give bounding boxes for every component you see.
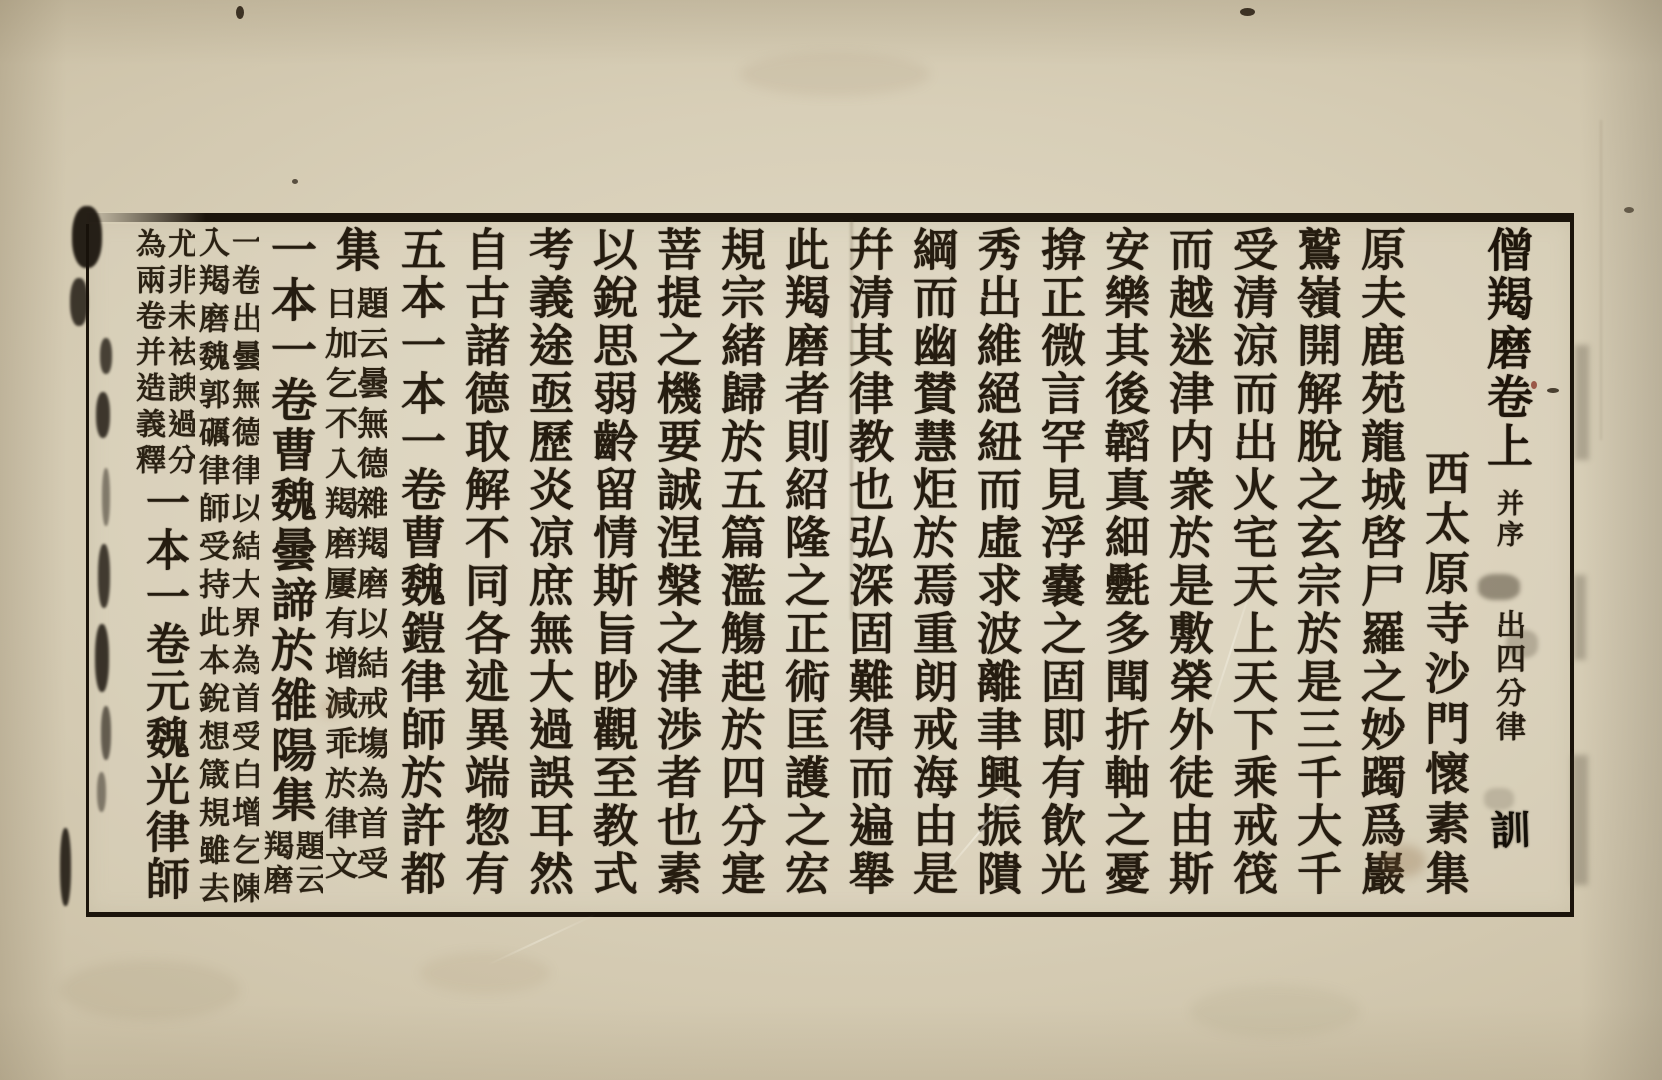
ink-blot: [60, 828, 71, 906]
source-note: 出四分律: [1485, 609, 1529, 745]
body-column: 菩提之機要誠涅槃之津渉者也素: [643, 226, 707, 910]
body-column: 此羯磨者則紹隆之正術匡護之宏: [771, 226, 835, 910]
body-column-text: 一本一卷曹魏曇諦於雒陽集: [261, 226, 321, 826]
body-column: 綱而幽賛慧炬於焉重朗戒海由是: [899, 226, 963, 910]
paper-stain: [60, 960, 240, 1020]
body-column: 幷清其律教也弘深固難得而遍舉: [835, 226, 899, 910]
body-column: 考義途亟歷炎凉庶無大過誤耳然: [515, 226, 579, 910]
title-column: 僧羯磨卷上 并序 出四分律 訓: [1475, 226, 1539, 910]
scanned-woodblock-page: { "doc": { "title": "僧羯磨卷上", "title_sub1…: [0, 0, 1662, 1080]
text-block: 僧羯磨卷上 并序 出四分律 訓 西太原寺沙門懷素集 原夫鹿苑龍城啓尸羅之妙躅爲巖…: [127, 226, 1539, 910]
body-column-text: 安樂其後韜真細氎多聞折軸之憂: [1091, 226, 1155, 898]
paper-wrinkle: [486, 914, 596, 967]
border-smear: [1575, 345, 1589, 460]
handwritten-mark: 訓: [1483, 808, 1530, 850]
interlinear-note-right: 題云曇無德雜羯磨以結戒塲為首受: [356, 286, 386, 910]
interlinear-note-left: 羯磨: [260, 830, 290, 910]
body-column-text: 原夫鹿苑龍城啓尸羅之妙躅爲巖: [1347, 226, 1411, 898]
body-column-text: 五本一本一卷曹魏鎧律師於許都: [387, 226, 451, 898]
body-column: 鷲嶺開解脫之玄宗於是三千大千: [1283, 226, 1347, 910]
body-column: 安樂其後韜真細氎多聞折軸之憂: [1091, 226, 1155, 910]
border-smear: [1574, 575, 1586, 660]
border-smear: [1572, 755, 1588, 885]
interlinear-note-left: 日加乞不入羯磨屢有增減乖於律文: [324, 286, 354, 910]
interlinear-note: 題云 羯磨: [259, 830, 323, 910]
paper-speck: [1624, 207, 1634, 213]
mixed-column-ji: 集 題云曇無德雜羯磨以結戒塲為首受 日加乞不入羯磨屢有增減乖於律文: [323, 226, 387, 910]
small-text-column: 一卷出曇無德律以結大界為首受白增乞陳 入羯磨魏郭礪律師受持此本銳想箴規雖去: [195, 226, 259, 910]
interlinear-note-left: 為兩卷并造義釋: [132, 228, 162, 480]
body-column: 以銳思弱齡留情斯旨眇觀至教式: [579, 226, 643, 910]
body-column-text: 綱而幽賛慧炬於焉重朗戒海由是: [899, 226, 963, 898]
body-column-text: 以銳思弱齡留情斯旨眇觀至教式: [579, 226, 643, 898]
body-column-text: 此羯磨者則紹隆之正術匡護之宏: [771, 226, 835, 898]
body-column-text: 而越迷津内衆於是敷榮外徒由斯: [1155, 226, 1219, 898]
author-line: 西太原寺沙門懷素集: [1414, 450, 1472, 900]
paper-speck: [236, 6, 244, 19]
body-column-text: 揜正微言罕見浮嚢之固即有飲光: [1027, 226, 1091, 898]
paper-speck: [292, 179, 298, 184]
body-column-text: 規宗緒歸於五篇濫觴起於四分寔: [707, 226, 771, 898]
body-column: 規宗緒歸於五篇濫觴起於四分寔: [707, 226, 771, 910]
mixed-column-tandi: 一本一卷曹魏曇諦於雒陽集 題云 羯磨: [259, 226, 323, 910]
preface-note: 并序: [1487, 489, 1527, 551]
body-column: 秀出維絕紐而虛求波離聿興振隤: [963, 226, 1027, 910]
body-column: 原夫鹿苑龍城啓尸羅之妙躅爲巖: [1347, 226, 1411, 910]
author-column: 西太原寺沙門懷素集: [1411, 226, 1475, 910]
body-column-text: 自古諸德取解不同各述異端惣有: [451, 226, 515, 898]
body-column-text: 鷲嶺開解脫之玄宗於是三千大千: [1283, 226, 1347, 898]
interlinear-note-right: 一卷出曇無德律以結大界為首受白增乞陳: [228, 226, 259, 910]
large-character: 集: [323, 226, 387, 274]
interlinear-note-left: 入羯磨魏郭礪律師受持此本銳想箴規雖去: [195, 226, 226, 910]
paper-stain: [420, 952, 550, 994]
interlinear-note: 題云曇無德雜羯磨以結戒塲為首受 日加乞不入羯磨屢有增減乖於律文: [323, 286, 387, 910]
body-column: 五本一本一卷曹魏鎧律師於許都: [387, 226, 451, 910]
body-column-text: 菩提之機要誠涅槃之津渉者也素: [643, 226, 707, 898]
paper-stain: [740, 52, 930, 96]
body-column-text: 一本一卷元魏光律師: [134, 480, 192, 903]
body-column-text: 考義途亟歷炎凉庶無大過誤耳然: [515, 226, 579, 898]
body-column-text: 受清涼而出火宅天上天下乘戒筏: [1219, 226, 1283, 898]
mixed-column-guang: 尤非未袪諛過分 為兩卷并造義釋 一本一卷元魏光律師: [131, 226, 195, 910]
paper-stain: [1190, 985, 1360, 1037]
border-fade: [86, 212, 206, 224]
body-column: 而越迷津内衆於是敷榮外徒由斯: [1155, 226, 1219, 910]
body-column: 受清涼而出火宅天上天下乘戒筏: [1219, 226, 1283, 910]
paper-speck: [1240, 8, 1255, 16]
body-column: 揜正微言罕見浮嚢之固即有飲光: [1027, 226, 1091, 910]
body-column: 自古諸德取解不同各述異端惣有: [451, 226, 515, 910]
interlinear-note: 尤非未袪諛過分 為兩卷并造義釋: [131, 228, 195, 480]
interlinear-note-right: 尤非未袪諛過分: [164, 228, 194, 480]
interlinear-note-right: 題云: [292, 830, 322, 910]
body-column-text: 秀出維絕紐而虛求波離聿興振隤: [963, 226, 1027, 898]
body-column-text: 幷清其律教也弘深固難得而遍舉: [835, 226, 899, 898]
interlinear-note: 一卷出曇無德律以結大界為首受白增乞陳 入羯磨魏郭礪律師受持此本銳想箴規雖去: [195, 226, 259, 910]
paper-crease: [1600, 120, 1602, 440]
volume-title: 僧羯磨卷上: [1475, 226, 1539, 471]
